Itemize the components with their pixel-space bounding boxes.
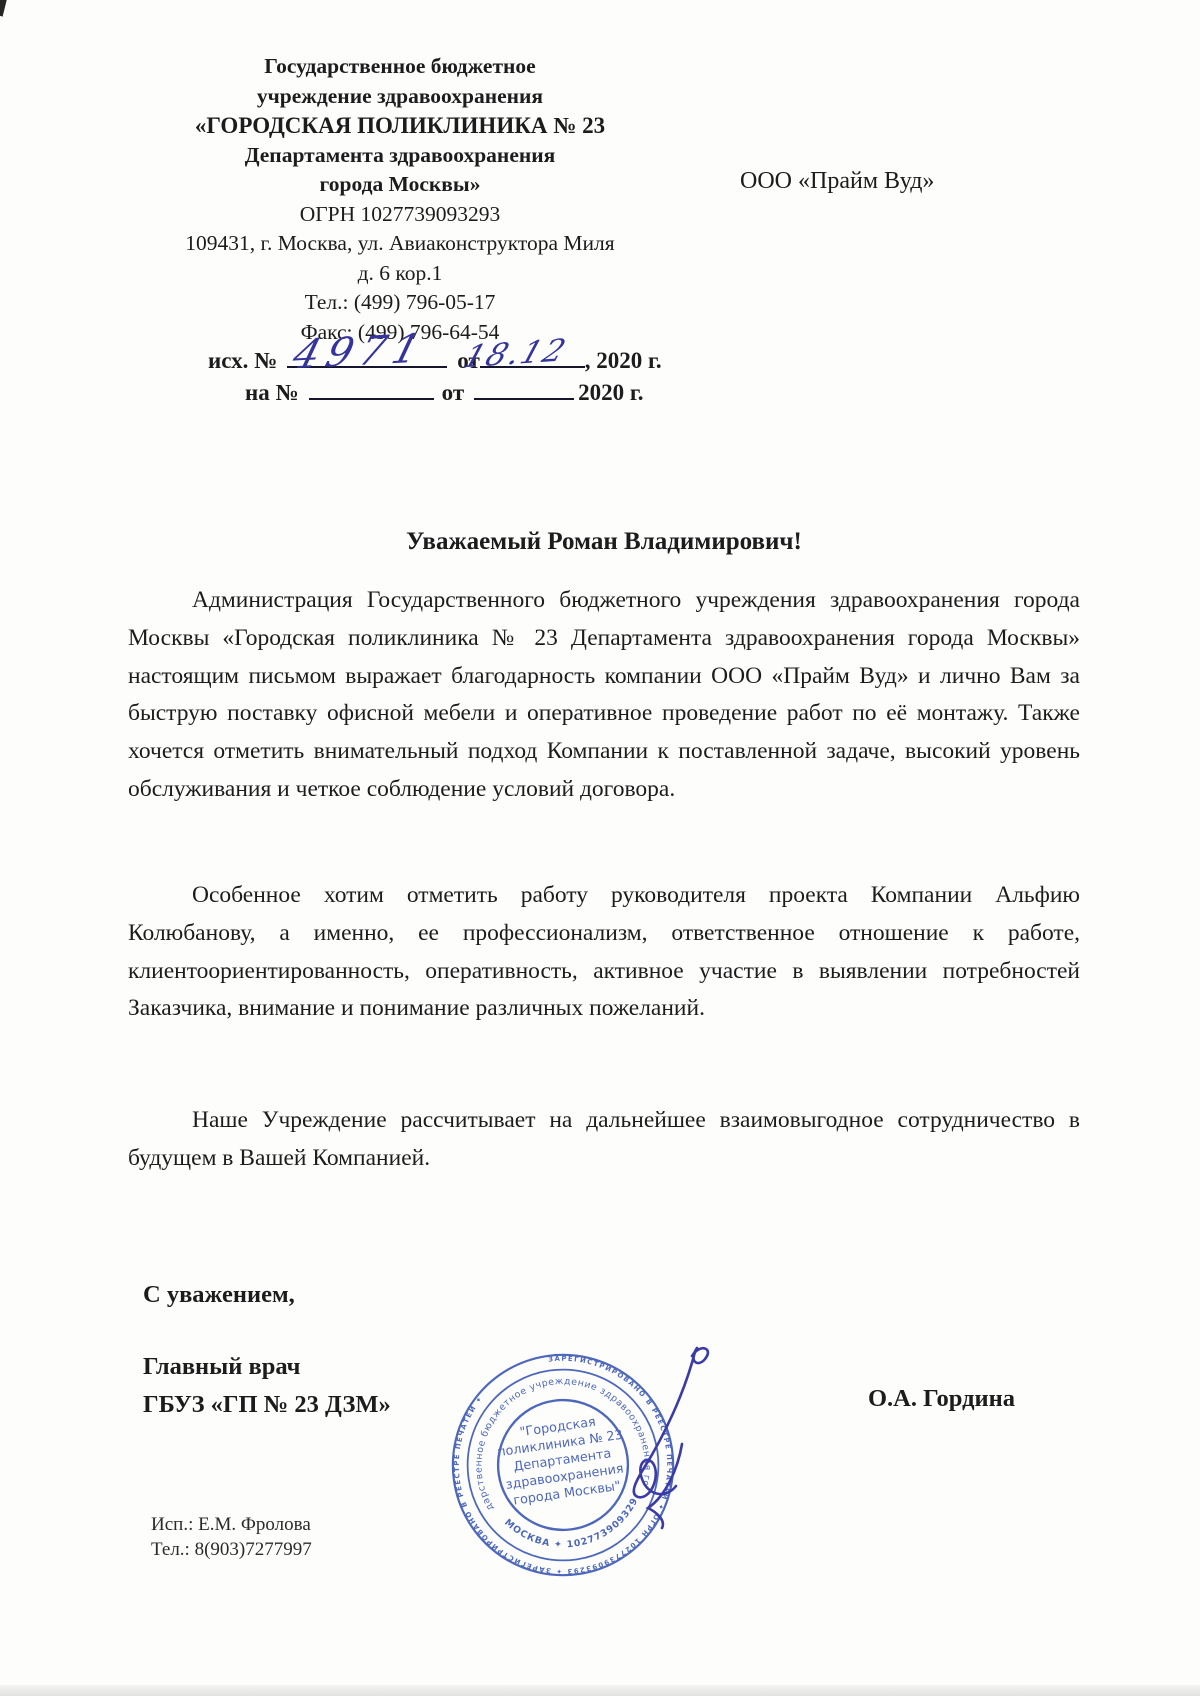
handwritten-outgoing-number: 4971 xyxy=(288,326,432,379)
body-paragraph-1: Администрация Государственного бюджетног… xyxy=(128,582,1080,809)
recipient: ООО «Прайм Вуд» xyxy=(740,168,934,195)
signer-position-line1: Главный врач xyxy=(143,1348,391,1386)
scan-edge-shadow xyxy=(0,1685,1200,1696)
signature-stroke xyxy=(634,1352,695,1497)
org-name-line: города Москвы» xyxy=(140,170,660,200)
incoming-year: 2020 г. xyxy=(578,380,643,405)
salutation: Уважаемый Роман Владимирович! xyxy=(128,528,1080,556)
ogrn-line: ОГРН 1027739093293 xyxy=(140,200,660,230)
body-paragraph-3: Наше Учреждение рассчитывает на дальнейш… xyxy=(128,1102,1080,1178)
org-name-line: Государственное бюджетное xyxy=(140,52,660,82)
address-line: 109431, г. Москва, ул. Авиаконструктора … xyxy=(140,229,660,259)
incoming-number-blank xyxy=(309,398,434,400)
signer-position-line2: ГБУЗ «ГП № 23 ДЗМ» xyxy=(143,1386,391,1424)
outgoing-date-blank: 18.12 xyxy=(480,366,585,368)
executor-block: Исп.: Е.М. Фролова Тел.: 8(903)7277997 xyxy=(151,1512,312,1562)
phone-line: Тел.: (499) 796-05-17 xyxy=(140,288,660,318)
ot-label: от xyxy=(442,380,465,405)
signature xyxy=(592,1336,722,1531)
signer-position: Главный врач ГБУЗ «ГП № 23 ДЗМ» xyxy=(143,1348,391,1424)
incoming-ref-row: на №от2020 г. xyxy=(245,380,643,406)
address-line: д. 6 кор.1 xyxy=(140,259,660,289)
outgoing-label: исх. № xyxy=(208,348,277,373)
outgoing-ref-row: исх. №4971от18.12, 2020 г. xyxy=(208,348,662,374)
letter-page: Государственное бюджетное учреждение здр… xyxy=(0,0,1200,1696)
incoming-label: на № xyxy=(245,380,299,405)
regards-line: С уважением, xyxy=(143,1281,295,1309)
org-name-line: «ГОРОДСКАЯ ПОЛИКЛИНИКА № 23 xyxy=(140,111,660,141)
org-name-line: учреждение здравоохранения xyxy=(140,82,660,112)
body-paragraph-2: Особенное хотим отметить работу руководи… xyxy=(128,877,1080,1028)
executor-name: Исп.: Е.М. Фролова xyxy=(151,1512,312,1537)
executor-phone: Тел.: 8(903)7277997 xyxy=(151,1537,312,1562)
signer-name: О.А. Гордина xyxy=(868,1385,1015,1413)
outgoing-year: , 2020 г. xyxy=(585,348,662,373)
handwritten-outgoing-date: 18.12 xyxy=(459,333,572,376)
org-name-line: Департамента здравоохранения xyxy=(140,141,660,171)
letterhead: Государственное бюджетное учреждение здр… xyxy=(140,52,660,347)
outgoing-number-blank: 4971 xyxy=(287,366,447,368)
scan-artifact xyxy=(0,0,7,17)
incoming-date-blank xyxy=(474,398,574,400)
